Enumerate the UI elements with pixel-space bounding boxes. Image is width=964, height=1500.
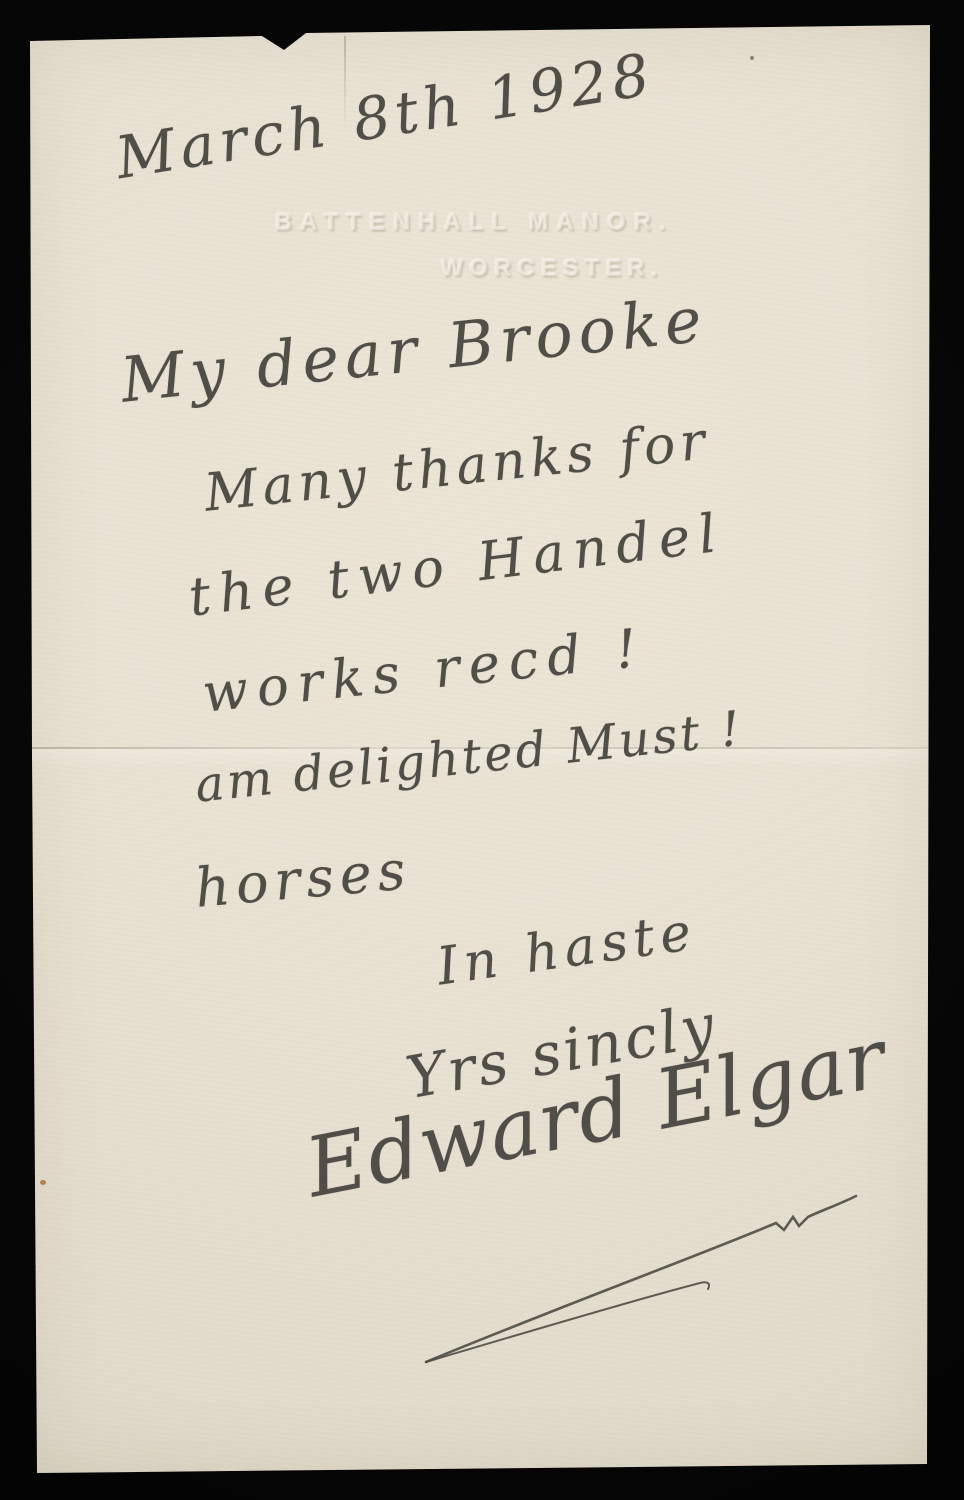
date-line: March 8th 1928 [112,45,658,187]
letterhead-line2: WORCESTER. [441,255,664,283]
body-line-1: Many thanks for [202,415,712,520]
closing-line: In haste [434,906,700,994]
body-line-3: works recd ! [200,621,648,720]
salutation-line: My dear Brooke [118,288,710,411]
body-line-4: am delighted Must ! [193,705,745,810]
foxing-speck [40,1180,46,1185]
body-line-5: horses [193,843,413,916]
photo-backdrop: BATTENHALL MANOR. WORCESTER. March 8th 1… [0,0,964,1500]
dust-speck [750,56,754,60]
body-line-2: the two Handel [186,506,728,624]
letter-page: BATTENHALL MANOR. WORCESTER. March 8th 1… [0,0,964,1500]
letterhead-line1: BATTENHALL MANOR. [275,209,674,237]
